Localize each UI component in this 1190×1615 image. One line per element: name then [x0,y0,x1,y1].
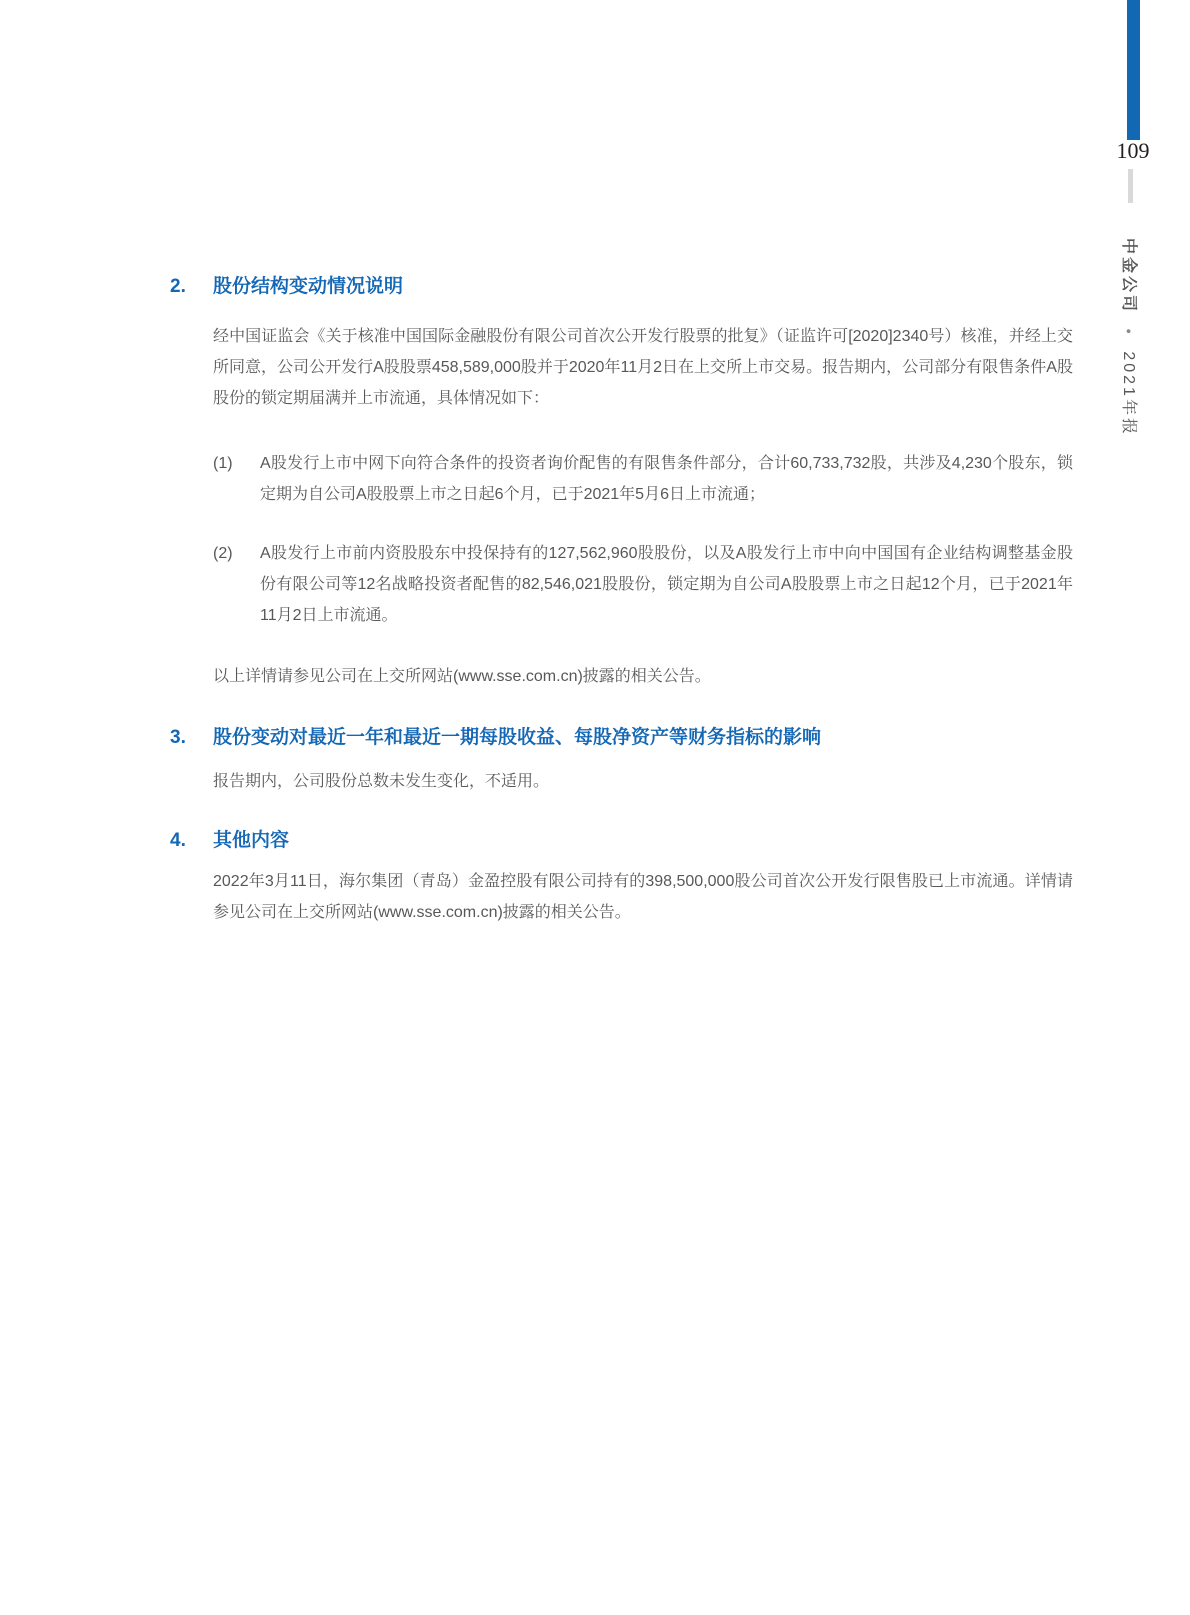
section-2-closing-paragraph: 以上详情请参见公司在上交所网站(www.sse.com.cn)披露的相关公告。 [213,661,1073,692]
section-4-heading: 4. 其他内容 [170,830,1070,852]
list-item-1-marker: (1) [213,448,260,510]
report-page: 109 中金公司 ● 2021年报 2. 股份结构变动情况说明 经中国证监会《关… [0,0,1190,1615]
section-2-title: 股份结构变动情况说明 [213,276,403,298]
section-4-paragraph: 2022年3月11日，海尔集团（青岛）金盈控股有限公司持有的398,500,00… [213,866,1073,928]
report-edition: 2021年报 [1120,351,1137,437]
section-3-heading: 3. 股份变动对最近一年和最近一期每股收益、每股净资产等财务指标的影响 [170,727,1070,749]
list-item-1-text: A股发行上市中网下向符合条件的投资者询价配售的有限售条件部分，合计60,733,… [260,448,1073,510]
section-3-number: 3. [170,727,213,749]
section-2-heading: 2. 股份结构变动情况说明 [170,276,1070,298]
company-name: 中金公司 [1120,238,1137,314]
section-4-title: 其他内容 [213,830,289,852]
section-2-number: 2. [170,276,213,298]
page-number-rule [1128,169,1133,203]
list-item-2-marker: (2) [213,538,260,631]
list-item: (1) A股发行上市中网下向符合条件的投资者询价配售的有限售条件部分，合计60,… [213,448,1073,510]
list-item-2-text: A股发行上市前内资股股东中投保持有的127,562,960股股份，以及A股发行上… [260,538,1073,631]
section-3-title: 股份变动对最近一年和最近一期每股收益、每股净资产等财务指标的影响 [213,727,821,749]
section-4-number: 4. [170,830,213,852]
section-3-paragraph: 报告期内，公司股份总数未发生变化，不适用。 [213,766,1073,797]
section-2-intro-paragraph: 经中国证监会《关于核准中国国际金融股份有限公司首次公开发行股票的批复》（证监许可… [213,321,1073,414]
bullet-separator-icon: ● [1124,321,1134,343]
list-item: (2) A股发行上市前内资股股东中投保持有的127,562,960股股份，以及A… [213,538,1073,631]
page-number: 109 [1104,138,1162,164]
accent-bar [1127,0,1140,140]
side-caption: 中金公司 ● 2021年报 [1119,238,1142,437]
